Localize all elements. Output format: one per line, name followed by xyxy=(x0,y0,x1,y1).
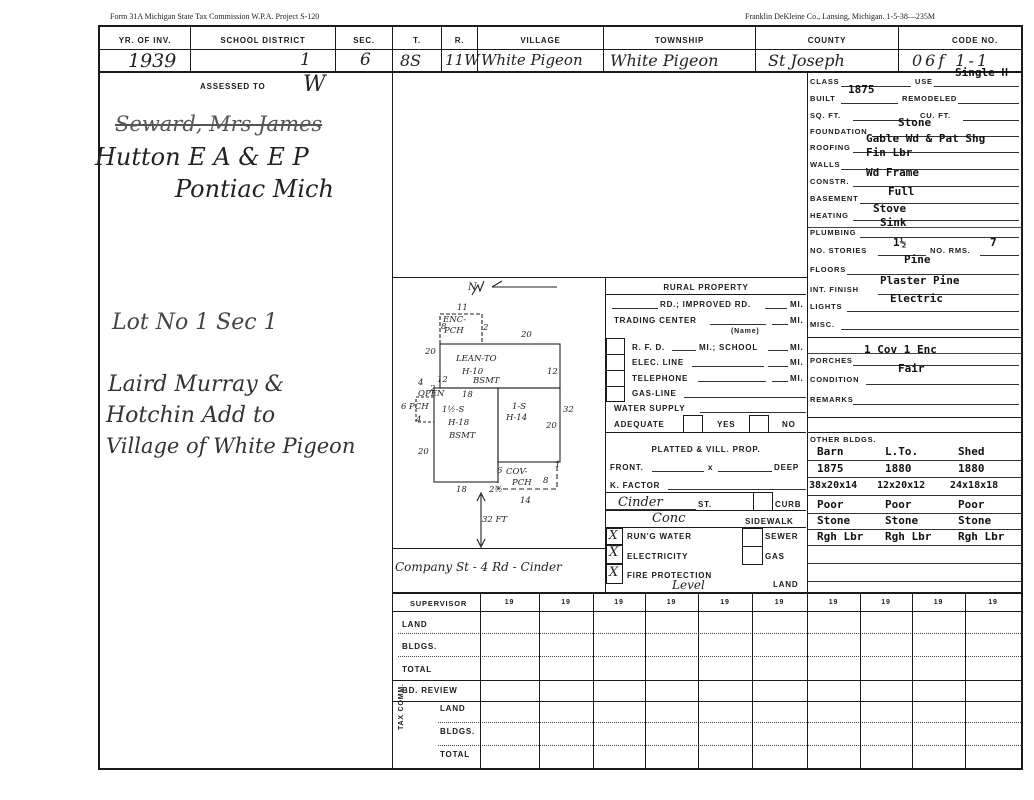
year-column-header: 19 xyxy=(965,599,1021,606)
sketch-label: 12 xyxy=(547,367,558,377)
label-basement: BASEMENT xyxy=(810,194,859,203)
valuation-cell[interactable] xyxy=(594,702,644,767)
label-porches: PORCHES xyxy=(810,356,853,365)
value-no-rms[interactable]: 7 xyxy=(990,236,997,249)
label-no-stories: NO. STORIES xyxy=(810,246,867,255)
label-land: LAND xyxy=(773,580,798,589)
sketch-label: ENC- xyxy=(443,315,466,325)
sketch-label: 20 xyxy=(418,447,429,457)
row-divider xyxy=(808,545,1022,546)
divider xyxy=(808,432,1022,433)
valuation-cell[interactable] xyxy=(913,702,964,767)
sketch-label: 11 xyxy=(457,303,468,313)
divider xyxy=(808,417,1022,418)
sketch-label: 32 xyxy=(563,405,574,415)
label-misc: MISC. xyxy=(810,320,835,329)
label-mi: MI. xyxy=(790,300,804,309)
valuation-cell[interactable] xyxy=(966,612,1020,679)
value-built[interactable]: 1875 xyxy=(848,83,875,96)
label-foundation: FOUNDATION xyxy=(810,127,867,136)
value-roofing[interactable]: Gable Wd & Pat Shg xyxy=(866,132,985,145)
row-divider xyxy=(808,460,1022,461)
underline xyxy=(853,220,1019,221)
sketch-label: 1½-S xyxy=(442,405,464,415)
label-sewer: SEWER xyxy=(765,532,798,541)
sketch-label: COV- xyxy=(506,467,528,477)
valuation-cell[interactable] xyxy=(540,702,592,767)
label-mi: MI. xyxy=(790,374,804,383)
label-class: CLASS xyxy=(810,77,839,86)
label-sidewalk: SIDEWALK xyxy=(745,517,794,526)
gas-checkbox[interactable] xyxy=(742,546,763,565)
label-total: TOTAL xyxy=(402,665,432,674)
label-mi: MI. xyxy=(790,358,804,367)
sketch-label: 20 xyxy=(521,330,532,340)
label-electricity: ELECTRICITY xyxy=(627,552,688,561)
label-tc-bldgs: BLDGS. xyxy=(440,727,475,736)
label-yr-of-inv: YR. OF INV. xyxy=(100,36,190,45)
label-t: T. xyxy=(393,36,441,45)
label-code-no: CODE NO. xyxy=(930,36,1020,45)
sketch-label: BSMT xyxy=(449,431,475,441)
valuation-cell[interactable] xyxy=(646,702,697,767)
valuation-cell[interactable] xyxy=(753,702,806,767)
sketch-label: 12 xyxy=(437,375,448,385)
label-bldgs: BLDGS. xyxy=(402,642,437,651)
label-yes: YES xyxy=(717,420,735,429)
struck-owner-name[interactable]: Seward, Mrs James xyxy=(115,112,322,136)
other-bldg-type[interactable]: Barn xyxy=(817,445,844,458)
label-tc-land: LAND xyxy=(440,704,465,713)
sketch-label: LEAN-TO xyxy=(456,354,497,364)
value-use[interactable]: Single H xyxy=(955,66,1008,79)
label-school-district: SCHOOL DISTRICT xyxy=(191,36,335,45)
label-mi: MI. xyxy=(790,316,804,325)
other-bldg-condition[interactable]: Poor xyxy=(958,498,985,511)
underline xyxy=(934,86,1019,87)
value-no-stories[interactable]: 1½ xyxy=(893,236,906,249)
label-tc-total: TOTAL xyxy=(440,750,470,759)
divider xyxy=(808,337,1022,338)
label-assessed-to: ASSESSED TO xyxy=(200,82,266,91)
valuation-cell[interactable] xyxy=(481,612,538,679)
label-heating: HEATING xyxy=(810,211,849,220)
sewer-checkbox[interactable] xyxy=(742,528,763,547)
underline xyxy=(853,186,1019,187)
valuation-cell[interactable] xyxy=(481,702,538,767)
row-divider xyxy=(808,477,1022,478)
telephone-checkbox[interactable] xyxy=(606,370,625,387)
valuation-cell[interactable] xyxy=(594,612,644,679)
label-constr: CONSTR. xyxy=(810,177,849,186)
divider xyxy=(808,353,1022,354)
label-village: VILLAGE xyxy=(478,36,603,45)
value-county[interactable]: St Joseph xyxy=(768,51,845,70)
assessed-mark[interactable]: W xyxy=(303,72,326,97)
land-value[interactable]: Level xyxy=(672,578,705,592)
sketch-label: 4 xyxy=(416,415,421,425)
underline xyxy=(853,365,1019,366)
other-bldg-type[interactable]: Shed xyxy=(958,445,985,458)
label-telephone: TELEPHONE xyxy=(632,374,688,383)
value-yr-of-inv[interactable]: 1939 xyxy=(128,50,176,72)
label-trading-center: TRADING CENTER xyxy=(614,316,697,325)
valuation-cell[interactable] xyxy=(808,612,859,679)
valuation-cell[interactable] xyxy=(966,702,1020,767)
legal-desc-line3[interactable]: Hotchin Add to xyxy=(106,403,275,428)
north-arrow-icon: N xyxy=(468,282,477,293)
label-rung-water: RUN'G WATER xyxy=(627,532,692,541)
other-bldg-size[interactable]: 24x18x18 xyxy=(950,480,998,491)
valuation-cell[interactable] xyxy=(646,681,697,700)
label-front: FRONT. xyxy=(610,463,644,472)
other-bldg-foundation[interactable]: Stone xyxy=(885,514,918,527)
sidewalk-value[interactable]: Conc xyxy=(652,511,685,526)
label-gas-line: GAS-LINE xyxy=(632,389,677,398)
legal-desc-lot[interactable]: Lot No 1 Sec 1 xyxy=(112,310,278,335)
underline xyxy=(980,255,1019,256)
year-column-header: 19 xyxy=(539,599,593,606)
valuation-cell[interactable] xyxy=(861,702,911,767)
valuation-cell[interactable] xyxy=(808,681,859,700)
valuation-cell[interactable] xyxy=(913,681,964,700)
label-built: BUILT xyxy=(810,94,836,103)
other-bldg-year[interactable]: 1880 xyxy=(958,462,985,475)
valuation-cell[interactable] xyxy=(861,612,911,679)
sketch-label: 4 xyxy=(418,378,423,388)
label-r: R. xyxy=(442,36,477,45)
label-land: LAND xyxy=(402,620,427,629)
year-column-header: 19 xyxy=(912,599,965,606)
label-st: ST. xyxy=(698,500,712,509)
other-bldg-walls[interactable]: Rgh Lbr xyxy=(958,530,1004,543)
label-k-factor: K. FACTOR xyxy=(610,481,660,490)
label-deep: DEEP xyxy=(774,463,799,472)
sketch-label: PCH xyxy=(444,326,464,336)
value-school-district[interactable]: 1 xyxy=(300,50,311,70)
value-r[interactable]: 11W xyxy=(445,51,480,69)
label-plumbing: PLUMBING xyxy=(810,228,856,237)
label-adequate: ADEQUATE xyxy=(614,420,665,429)
sketch-street-note[interactable]: Company St - 4 Rd - Cinder xyxy=(395,560,562,574)
sketch-label: PCH xyxy=(512,478,532,488)
label-mi-school: MI.; SCHOOL xyxy=(699,343,758,352)
label-water-supply: WATER SUPPLY xyxy=(614,404,685,413)
adequate-no-checkbox[interactable] xyxy=(749,415,769,433)
sketch-label: BSMT xyxy=(473,376,499,386)
valuation-cell[interactable] xyxy=(966,681,1020,700)
other-bldg-foundation[interactable]: Stone xyxy=(817,514,850,527)
sketch-label: H-18 xyxy=(448,418,469,428)
sketch-label: 18 xyxy=(462,390,473,400)
underline xyxy=(841,329,1019,330)
other-bldg-year[interactable]: 1875 xyxy=(817,462,844,475)
sketch-label: 6 xyxy=(401,402,406,412)
value-constr[interactable]: Wd Frame xyxy=(866,166,919,179)
valuation-cell[interactable] xyxy=(481,681,538,700)
sketch-label: 1-S xyxy=(512,402,526,412)
valuation-cell[interactable] xyxy=(861,681,911,700)
other-bldg-condition[interactable]: Poor xyxy=(885,498,912,511)
platted-title: PLATTED & VILL. PROP. xyxy=(606,445,806,454)
value-porches[interactable]: 1 Cov 1 Enc xyxy=(864,343,937,356)
sketch-label: 1 xyxy=(555,460,560,470)
label-x: x xyxy=(708,463,713,472)
underline xyxy=(866,384,1019,385)
label-int-finish: INT. FINISH xyxy=(810,285,859,294)
sketch-label: 2 xyxy=(483,323,488,333)
valuation-cell[interactable] xyxy=(808,702,859,767)
label-county: COUNTY xyxy=(756,36,898,45)
label-curb: CURB xyxy=(775,500,801,509)
underline xyxy=(841,103,898,104)
valuation-cell[interactable] xyxy=(646,612,697,679)
value-t[interactable]: 8S xyxy=(400,51,421,70)
value-sec[interactable]: 6 xyxy=(360,50,371,70)
valuation-cell[interactable] xyxy=(594,681,644,700)
valuation-cell[interactable] xyxy=(699,612,751,679)
rfd-checkbox[interactable] xyxy=(606,338,625,355)
underline xyxy=(958,103,1019,104)
owner-city[interactable]: Pontiac Mich xyxy=(175,175,334,203)
sketch-label: 8 xyxy=(441,322,446,332)
sketch-label: H-14 xyxy=(506,413,527,423)
label-tax-comm: TAX COMM. xyxy=(398,690,405,730)
value-walls[interactable]: Fin Lbr xyxy=(866,146,912,159)
label-elec-line: ELEC. LINE xyxy=(632,358,684,367)
other-bldg-walls[interactable]: Rgh Lbr xyxy=(817,530,863,543)
underline xyxy=(963,120,1019,121)
owner-name[interactable]: Hutton E A & E P xyxy=(95,143,309,171)
label-mi: MI. xyxy=(790,343,804,352)
valuation-cell[interactable] xyxy=(753,612,806,679)
sketch-label: 32 FT xyxy=(482,515,507,525)
sketch-label: PCH xyxy=(409,402,429,412)
label-township: TOWNSHIP xyxy=(604,36,755,45)
gas-line-checkbox[interactable] xyxy=(606,386,625,402)
divider xyxy=(808,227,1022,228)
other-bldg-condition[interactable]: Poor xyxy=(817,498,844,511)
label-bd-review: BD. REVIEW xyxy=(402,686,458,695)
value-floors[interactable]: Pine xyxy=(904,253,931,266)
underline xyxy=(853,404,1019,405)
fire-protection-check-mark: X xyxy=(609,565,618,580)
form-title: Form 31A Michigan State Tax Commission W… xyxy=(110,12,319,21)
value-basement[interactable]: Full xyxy=(888,185,915,198)
street-value[interactable]: Cinder xyxy=(618,495,663,510)
label-supervisor: SUPERVISOR xyxy=(410,599,467,608)
label-remodeled: REMODELED xyxy=(902,94,957,103)
value-condition[interactable]: Fair xyxy=(898,362,925,375)
label-lights: LIGHTS xyxy=(810,302,842,311)
label-condition: CONDITION xyxy=(810,375,859,384)
sketch-label: 14 xyxy=(520,496,531,506)
value-foundation[interactable]: Stone xyxy=(898,116,931,129)
row-divider xyxy=(808,581,1022,582)
valuation-cell[interactable] xyxy=(540,612,592,679)
valuation-cell[interactable] xyxy=(699,681,751,700)
label-sec: SEC. xyxy=(336,36,392,45)
other-bldg-type[interactable]: L.To. xyxy=(885,445,918,458)
row-divider xyxy=(808,563,1022,564)
label-rfd: R. F. D. xyxy=(632,343,665,352)
label-walls: WALLS xyxy=(810,160,840,169)
row-divider xyxy=(808,495,1022,496)
valuation-cell[interactable] xyxy=(540,681,592,700)
year-column-header: 19 xyxy=(807,599,860,606)
rural-title: RURAL PROPERTY xyxy=(606,283,806,292)
sketch-label: OPEN xyxy=(418,389,444,399)
other-bldg-foundation[interactable]: Stone xyxy=(958,514,991,527)
value-heating[interactable]: Stove xyxy=(873,202,906,215)
electricity-check-mark: X xyxy=(609,545,618,560)
label-use: USE xyxy=(915,77,933,86)
adequate-yes-checkbox[interactable] xyxy=(683,415,703,433)
sketch-label: 2½ xyxy=(489,485,503,495)
label-gas: GAS xyxy=(765,552,785,561)
label-other-bldgs: OTHER BLDGS. xyxy=(810,435,876,444)
valuation-cell[interactable] xyxy=(699,702,751,767)
label-name-hint: (Name) xyxy=(731,328,760,335)
year-column-header: 19 xyxy=(752,599,807,606)
valuation-cell[interactable] xyxy=(913,612,964,679)
year-column-header: 19 xyxy=(480,599,539,606)
legal-desc-line4[interactable]: Village of White Pigeon xyxy=(106,434,355,458)
sketch-label: 6 xyxy=(497,466,502,476)
label-no: NO xyxy=(782,420,796,429)
legal-desc-line2[interactable]: Laird Murray & xyxy=(108,372,284,397)
rung-water-check-mark: X xyxy=(609,528,618,542)
label-no-rms: NO. RMS. xyxy=(930,246,971,255)
label-roofing: ROOFING xyxy=(810,143,851,152)
sketch-label: 20 xyxy=(546,421,557,431)
year-column-header: 19 xyxy=(645,599,698,606)
elec-line-checkbox[interactable] xyxy=(606,354,625,371)
label-sq-ft: SQ. FT. xyxy=(810,111,841,120)
value-village[interactable]: White Pigeon xyxy=(481,51,583,69)
sketch-label: 20 xyxy=(425,347,436,357)
sketch-label: 8 xyxy=(543,476,548,486)
other-bldg-size[interactable]: 38x20x14 xyxy=(809,480,857,491)
value-township[interactable]: White Pigeon xyxy=(610,51,718,70)
other-bldg-year[interactable]: 1880 xyxy=(885,462,912,475)
valuation-cell[interactable] xyxy=(753,681,806,700)
year-column-header: 19 xyxy=(698,599,752,606)
sketch-label: 18 xyxy=(456,485,467,495)
label-rd-improved: RD.; IMPROVED RD. xyxy=(660,300,751,309)
printer-imprint: Franklin DeKleine Co., Lansing, Michigan… xyxy=(745,12,935,21)
year-column-header: 19 xyxy=(593,599,645,606)
underline xyxy=(847,311,1019,312)
year-column-header: 19 xyxy=(860,599,912,606)
label-floors: FLOORS xyxy=(810,265,846,274)
other-bldg-size[interactable]: 12x20x12 xyxy=(877,480,925,491)
label-remarks: REMARKS xyxy=(810,395,854,404)
value-int-finish[interactable]: Plaster Pine xyxy=(880,274,959,287)
other-bldg-walls[interactable]: Rgh Lbr xyxy=(885,530,931,543)
value-lights[interactable]: Electric xyxy=(890,292,943,305)
curb-checkbox[interactable] xyxy=(753,492,773,511)
